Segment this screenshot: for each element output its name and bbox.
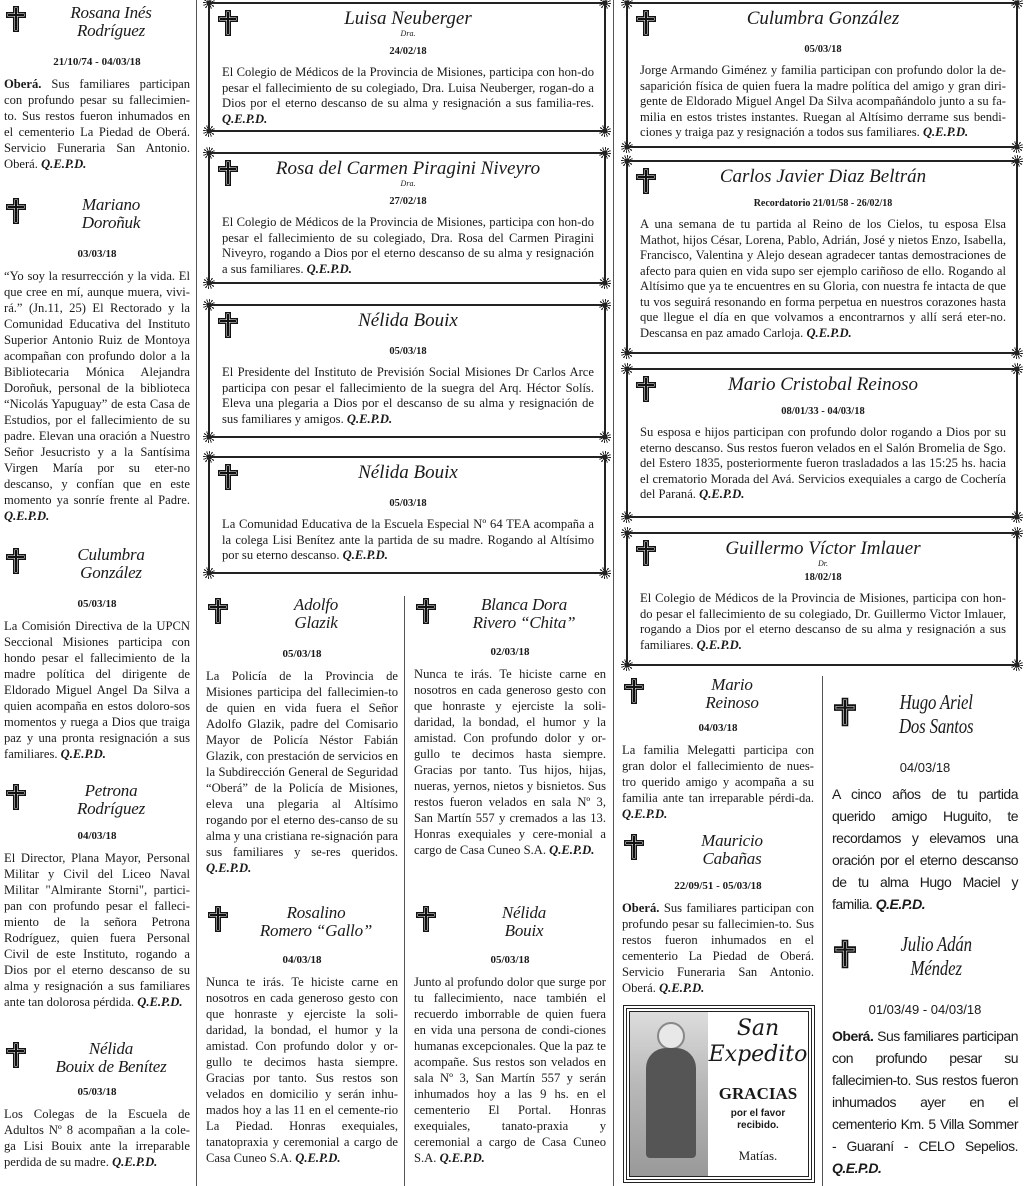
cross-icon	[6, 6, 26, 32]
notice-body: A cinco años de tu partida querido amigo…	[832, 783, 1018, 915]
column-divider	[196, 0, 197, 1186]
deceased-name: Mario Cristobal Reinoso	[640, 374, 1006, 396]
notice-body: Oberá. Sus familiares participan con pro…	[832, 1025, 1018, 1179]
cross-icon	[416, 598, 436, 624]
notice-date: 05/03/18	[4, 598, 190, 610]
cross-icon	[218, 10, 238, 36]
notice-body: Su esposa e hijos participan con profund…	[640, 425, 1006, 503]
cross-icon	[208, 598, 228, 624]
obituary-notice: Blanca DoraRivero “Chita” 02/03/18 Nunca…	[414, 596, 606, 858]
notice-date: 05/03/18	[222, 346, 594, 357]
notice-date: 24/02/18	[222, 46, 594, 57]
deceased-name: Nélida Bouix	[222, 462, 594, 484]
notice-date: 05/03/18	[640, 44, 1006, 55]
notice-date: 27/02/18	[222, 196, 594, 207]
cross-icon	[218, 312, 238, 338]
obituary-notice: MarianoDoroñuk 03/03/18 “Yo soy la resur…	[4, 196, 190, 524]
notice-date: 02/03/18	[414, 646, 606, 658]
notice-date: 05/03/18	[4, 1086, 190, 1098]
san-expedito-card: SanExpedito GRACIAS por el favorrecibido…	[626, 1008, 812, 1180]
deceased-name: NélidaBouix	[414, 904, 606, 940]
notice-body: Nunca te irás. Te hiciste carne en nosot…	[206, 974, 398, 1166]
notice-date: 18/02/18	[640, 572, 1006, 583]
cross-icon	[636, 376, 656, 402]
notice-body: Oberá. Sus familiares participan con pro…	[622, 900, 814, 996]
framed-obituary: Carlos Javier Diaz Beltrán Recordatorio …	[626, 160, 1018, 354]
card-signature: Matías.	[708, 1148, 808, 1164]
card-title: SanExpedito	[708, 1016, 808, 1068]
deceased-name: MarioReinoso	[622, 676, 814, 712]
notice-body: Los Colegas de la Escuela de Adultos Nº …	[4, 1106, 190, 1170]
deceased-name: Luisa Neuberger	[222, 8, 594, 30]
cross-icon	[6, 548, 26, 574]
notice-date: 04/03/18	[622, 722, 814, 734]
cross-icon	[636, 168, 656, 194]
deceased-name: PetronaRodríguez	[4, 782, 190, 818]
obituary-notice: Hugo ArielDos Santos 04/03/18 A cinco añ…	[832, 690, 1018, 915]
deceased-name: MarianoDoroñuk	[4, 196, 190, 232]
framed-obituary: Nélida Bouix 05/03/18 La Comunidad Educa…	[208, 456, 606, 574]
obituary-notice: NélidaBouix de Benítez 05/03/18 Los Cole…	[4, 1040, 190, 1170]
framed-obituary: Guillermo Víctor Imlauer Dr. 18/02/18 El…	[626, 532, 1018, 666]
framed-obituary: Culumbra González 05/03/18 Jorge Armando…	[626, 2, 1018, 148]
framed-obituary: Luisa Neuberger Dra. 24/02/18 El Colegio…	[208, 2, 606, 132]
notice-date: 03/03/18	[4, 248, 190, 260]
deceased-name: Julio AdánMéndez	[851, 932, 1000, 980]
cross-icon	[6, 784, 26, 810]
notice-body: La Policía de la Provincia de Misiones p…	[206, 668, 398, 876]
cross-icon	[6, 198, 26, 224]
deceased-name: Rosa del Carmen Piragini Niveyro	[222, 158, 594, 180]
obituary-notice: PetronaRodríguez 04/03/18 El Director, P…	[4, 782, 190, 1010]
notice-body: El Presidente del Instituto de Previsión…	[222, 365, 594, 427]
notice-body: El Colegio de Médicos de la Provincia de…	[640, 591, 1006, 653]
obituary-notice: AdolfoGlazik 05/03/18 La Policía de la P…	[206, 596, 398, 876]
cross-icon	[636, 540, 656, 566]
notice-date: Recordatorio 21/01/58 - 26/02/18	[640, 198, 1006, 209]
deceased-name: AdolfoGlazik	[206, 596, 398, 632]
column-divider	[822, 676, 823, 1186]
deceased-title: Dra.	[222, 180, 594, 188]
deceased-name: NélidaBouix de Benítez	[4, 1040, 190, 1076]
cross-icon	[218, 160, 238, 186]
notice-date: 05/03/18	[222, 498, 594, 509]
notice-date: 04/03/18	[4, 830, 190, 842]
cross-icon	[6, 1042, 26, 1068]
deceased-title: Dra.	[222, 30, 594, 38]
notice-body: El Colegio de Médicos de la Provincia de…	[222, 65, 594, 127]
notice-date: 22/09/51 - 05/03/18	[622, 880, 814, 892]
framed-obituary: Nélida Bouix 05/03/18 El Presidente del …	[208, 304, 606, 438]
notice-date: 04/03/18	[206, 954, 398, 966]
cross-icon	[416, 906, 436, 932]
card-heading: GRACIAS	[708, 1084, 808, 1104]
card-subtext: por el favorrecibido.	[708, 1108, 808, 1132]
notice-date: 05/03/18	[206, 648, 398, 660]
cross-icon	[636, 10, 656, 36]
notice-body: “Yo soy la resurrección y la vida. El qu…	[4, 268, 190, 524]
deceased-name: Carlos Javier Diaz Beltrán	[640, 166, 1006, 188]
cross-icon	[624, 678, 644, 704]
notice-body: A una semana de tu partida al Reino de l…	[640, 217, 1006, 341]
column-divider	[613, 0, 614, 1186]
deceased-name: MauricioCabañas	[622, 832, 814, 868]
saint-image	[630, 1012, 708, 1176]
deceased-name: Guillermo Víctor Imlauer	[640, 538, 1006, 560]
notice-date: 05/03/18	[414, 954, 606, 966]
deceased-name: Nélida Bouix	[222, 310, 594, 332]
obituary-notice: NélidaBouix 05/03/18 Junto al profundo d…	[414, 904, 606, 1166]
column-divider	[404, 596, 405, 1186]
obituary-notice: RosalinoRomero “Gallo” 04/03/18 Nunca te…	[206, 904, 398, 1166]
notice-date: 08/01/33 - 04/03/18	[640, 406, 1006, 417]
obituary-notice: MauricioCabañas 22/09/51 - 05/03/18 Ober…	[622, 832, 814, 996]
notice-body: El Director, Plana Mayor, Personal Milit…	[4, 850, 190, 1010]
notice-body: Junto al profundo dolor que surge por tu…	[414, 974, 606, 1166]
deceased-name: Culumbra González	[640, 8, 1006, 30]
deceased-name: Hugo ArielDos Santos	[851, 690, 1000, 738]
framed-obituary: Rosa del Carmen Piragini Niveyro Dra. 27…	[208, 152, 606, 284]
notice-body: La familia Melegatti participa con gran …	[622, 742, 814, 822]
notice-body: Oberá. Sus familiares participan con pro…	[4, 76, 190, 172]
framed-obituary: Mario Cristobal Reinoso 08/01/33 - 04/03…	[626, 368, 1018, 518]
obituary-notice: MarioReinoso 04/03/18 La familia Melegat…	[622, 676, 814, 822]
notice-body: Jorge Armando Giménez y familia particip…	[640, 63, 1006, 141]
notice-date: 21/10/74 - 04/03/18	[4, 56, 190, 68]
cross-icon	[208, 906, 228, 932]
deceased-name: CulumbraGonzález	[4, 546, 190, 582]
notice-body: El Colegio de Médicos de la Provincia de…	[222, 215, 594, 277]
cross-icon	[624, 834, 644, 860]
notice-body: La Comunidad Educativa de la Escuela Esp…	[222, 517, 594, 564]
obituary-notice: CulumbraGonzález 05/03/18 La Comisión Di…	[4, 546, 190, 762]
deceased-name: Blanca DoraRivero “Chita”	[414, 596, 606, 632]
notice-body: La Comisión Directiva de la UPCN Seccion…	[4, 618, 190, 762]
deceased-title: Dr.	[640, 560, 1006, 568]
cross-icon	[218, 464, 238, 490]
notice-date: 04/03/18	[832, 760, 1018, 775]
notice-date: 01/03/49 - 04/03/18	[832, 1002, 1018, 1017]
obituary-notice: Julio AdánMéndez 01/03/49 - 04/03/18 Obe…	[832, 932, 1018, 1179]
obituary-notice: Rosana InésRodríguez 21/10/74 - 04/03/18…	[4, 4, 190, 172]
deceased-name: RosalinoRomero “Gallo”	[206, 904, 398, 940]
deceased-name: Rosana InésRodríguez	[4, 4, 190, 40]
notice-body: Nunca te irás. Te hiciste carne en nosot…	[414, 666, 606, 858]
